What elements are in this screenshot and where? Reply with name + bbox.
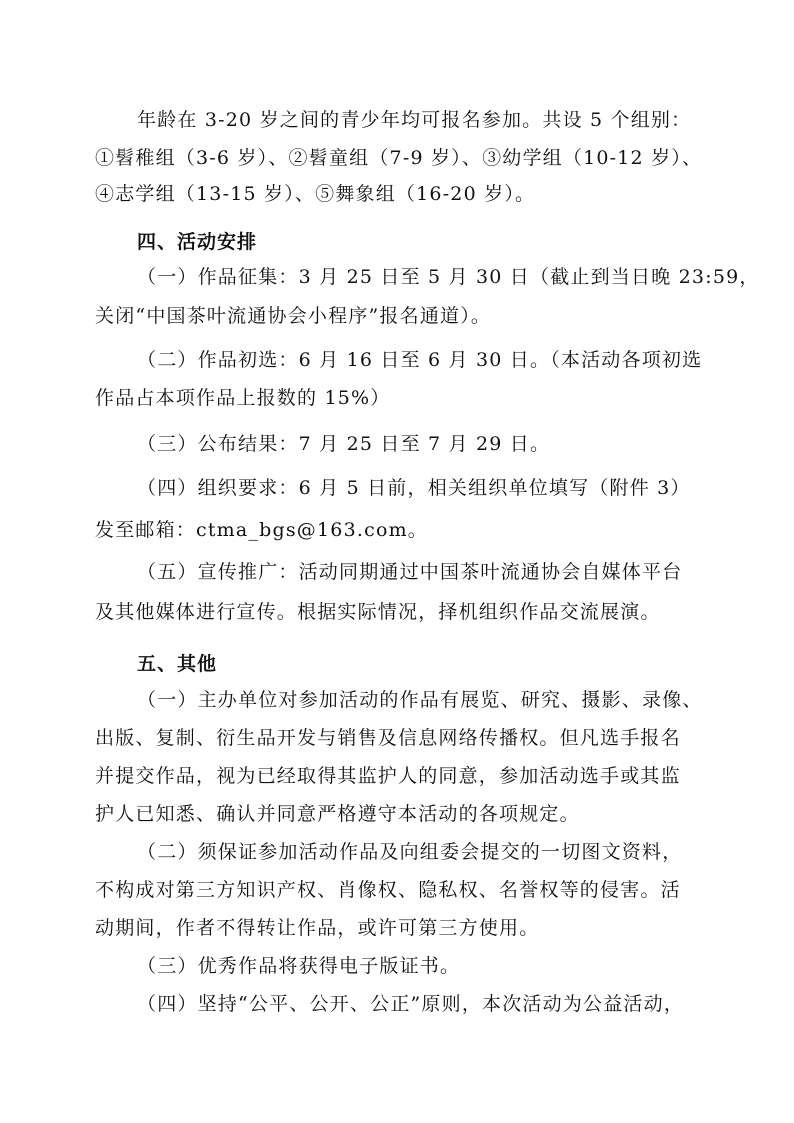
- item-certificate: （三）优秀作品将获得电子版证书。: [137, 954, 701, 978]
- item-publicity: （五）宣传推广：活动同期通过中国茶叶流通协会自媒体平台: [137, 560, 701, 584]
- item-preliminary-selection: （二）作品初选：6 月 16 日至 6 月 30 日。（本活动各项初选: [137, 348, 701, 372]
- item-preliminary-selection-cont: 作品占本项作品上报数的 15%）: [95, 386, 701, 410]
- paragraph-groups-line-1: ①髫稚组（3-6 岁）、②髫童组（7-9 岁）、③幼学组（10-12 岁）、: [95, 146, 701, 170]
- paragraph-groups-line-2: ④志学组（13-15 岁）、⑤舞象组（16-20 岁）。: [95, 182, 701, 206]
- item-submission-collection-cont: 关闭“中国茶叶流通协会小程序”报名通道）。: [95, 304, 701, 328]
- item-infringement: （二）须保证参加活动作品及向组委会提交的一切图文资料，: [137, 840, 701, 864]
- item-submission-collection: （一）作品征集：3 月 25 日至 5 月 30 日（截止到当日晚 23:59，: [137, 265, 701, 289]
- item-organization-requirement: （四）组织要求：6 月 5 日前，相关组织单位填写（附件 3）: [137, 476, 701, 500]
- item-organization-email: 发至邮箱：ctma_bgs@163.com。: [95, 518, 701, 542]
- item-infringement-cont-2: 动期间，作者不得转让作品，或许可第三方使用。: [95, 916, 701, 940]
- paragraph-age-range: 年龄在 3-20 岁之间的青少年均可报名参加。共设 5 个组别：: [137, 108, 701, 132]
- section-heading-activity-schedule: 四、活动安排: [137, 230, 701, 254]
- item-results-announcement: （三）公布结果：7 月 25 日至 7 月 29 日。: [137, 432, 701, 456]
- item-fairness: （四）坚持“公平、公开、公正”原则，本次活动为公益活动，: [137, 992, 701, 1016]
- section-heading-other: 五、其他: [137, 652, 701, 676]
- item-infringement-cont-1: 不构成对第三方知识产权、肖像权、隐私权、名誉权等的侵害。活: [95, 878, 701, 902]
- item-publicity-cont: 及其他媒体进行宣传。根据实际情况，择机组织作品交流展演。: [95, 600, 701, 624]
- item-rights-cont-3: 护人已知悉、确认并同意严格遵守本活动的各项规定。: [95, 802, 701, 826]
- item-rights-cont-1: 出版、复制、衍生品开发与销售及信息网络传播权。但凡选手报名: [95, 726, 701, 750]
- item-rights: （一）主办单位对参加活动的作品有展览、研究、摄影、录像、: [137, 688, 701, 712]
- item-rights-cont-2: 并提交作品，视为已经取得其监护人的同意，参加活动选手或其监: [95, 764, 701, 788]
